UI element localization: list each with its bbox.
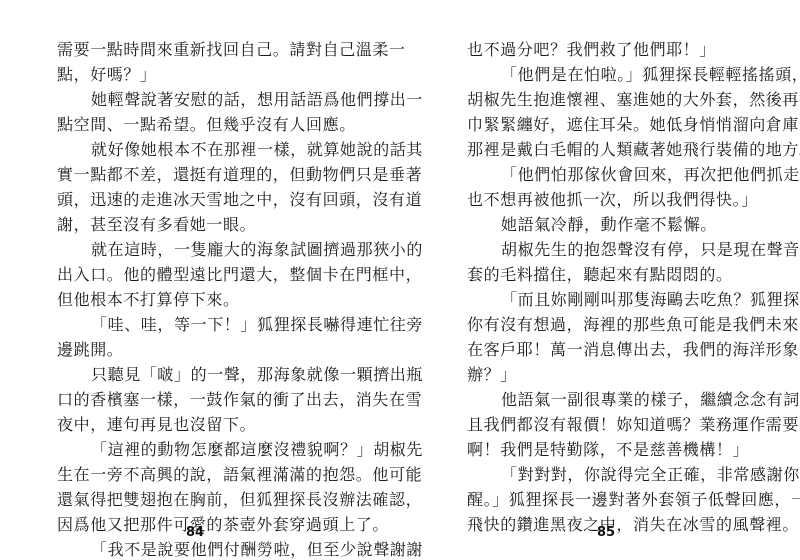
text-line: 「而且妳剛剛叫那隻海鷗去吃魚？狐狸探長！ bbox=[467, 287, 743, 312]
text-line: 就在這時，一隻龐大的海象試圖擠過那狹小的 bbox=[57, 237, 333, 262]
text-line: 辦？」 bbox=[467, 362, 743, 387]
text-line: 啊！我們是特勤隊，不是慈善機構！」 bbox=[467, 437, 743, 462]
right-page-text: 也不過分吧？我們救了他們耶！」「他們是在怕啦。」狐狸探長輕輕搖搖頭，把胡椒先生抱… bbox=[467, 37, 743, 537]
right-page-number: 85 bbox=[597, 525, 615, 540]
text-line: 胡椒先生抱進懷裡、塞進她的大外套，然後再把圍 bbox=[467, 87, 743, 112]
text-line: 他語氣一副很專業的樣子，繼續念念有詞：「而 bbox=[467, 387, 743, 412]
text-line: 夜中，連句再見也沒留下。 bbox=[57, 412, 333, 437]
text-line: 還氣得把雙翅抱在胸前，但狐狸探長沒辦法確認， bbox=[57, 487, 333, 512]
text-line: 生在一旁不高興的說，語氣裡滿滿的抱怨。他可能 bbox=[57, 462, 333, 487]
text-line: 你有沒有想過，海裡的那些魚可能是我們未來的潛 bbox=[467, 312, 743, 337]
text-line: 邊跳開。 bbox=[57, 337, 333, 362]
text-line: 謝，甚至沒有多看她一眼。 bbox=[57, 212, 333, 237]
text-line: 且我們都沒有報價！妳知道嗎？業務運作需要收費 bbox=[467, 412, 743, 437]
text-line: 口的香檳塞一樣，一鼓作氣的衝了出去，消失在雪 bbox=[57, 387, 333, 412]
text-line: 套的毛料擋住，聽起來有點悶悶的。 bbox=[467, 262, 743, 287]
text-line: 那裡是戴白毛帽的人類藏著她飛行裝備的地方。 bbox=[467, 137, 743, 162]
text-line: 胡椒先生的抱怨聲沒有停，只是現在聲音被外 bbox=[467, 237, 743, 262]
text-line: 出入口。他的體型遠比門還大，整個卡在門框中， bbox=[57, 262, 333, 287]
text-line: 需要一點時間來重新找回自己。請對自己溫柔一 bbox=[57, 37, 333, 62]
text-line: 在客戶耶！萬一消息傳出去，我們的海洋形象怎麼 bbox=[467, 337, 743, 362]
left-page-text: 需要一點時間來重新找回自己。請對自己溫柔一點，好嗎？」她輕聲說著安慰的話，想用話… bbox=[57, 37, 333, 560]
text-line: 「我不是說要他們付酬勞啦，但至少說聲謝謝 bbox=[57, 537, 333, 560]
text-line: 就好像她根本不在那裡一樣，就算她說的話其 bbox=[57, 137, 333, 162]
left-page-number: 84 bbox=[186, 525, 204, 540]
text-line: 但他根本不打算停下來。 bbox=[57, 287, 333, 312]
text-line: 巾緊緊纏好，遮住耳朵。她低身悄悄溜向倉庫一角， bbox=[467, 112, 743, 137]
text-line: 「他們怕那傢伙會回來，再次把他們抓走。我 bbox=[467, 162, 743, 187]
text-line: 醒。」狐狸探長一邊對著外套領子低聲回應，一邊 bbox=[467, 487, 743, 512]
text-line: 「對對對，你說得完全正確，非常感謝你的提 bbox=[467, 462, 743, 487]
text-line: 她輕聲說著安慰的話，想用話語爲他們撐出一 bbox=[57, 87, 333, 112]
text-line: 也不想再被他抓一次，所以我們得快。」 bbox=[467, 187, 743, 212]
text-line: 「這裡的動物怎麼都這麼沒禮貌啊？」胡椒先 bbox=[57, 437, 333, 462]
text-line: 也不過分吧？我們救了他們耶！」 bbox=[467, 37, 743, 62]
text-line: 實一點都不差，還挺有道理的，但動物們只是垂著 bbox=[57, 162, 333, 187]
text-line: 只聽見「啵」的一聲，那海象就像一顆擠出瓶 bbox=[57, 362, 333, 387]
text-line: 「他們是在怕啦。」狐狸探長輕輕搖搖頭，把 bbox=[467, 62, 743, 87]
text-line: 頭，迅速的走進冰天雪地之中，沒有回頭，沒有道 bbox=[57, 187, 333, 212]
text-line: 點空間、一點希望。但幾乎沒有人回應。 bbox=[57, 112, 333, 137]
text-line: 「哇、哇，等一下！」狐狸探長嚇得連忙往旁 bbox=[57, 312, 333, 337]
text-line: 她語氣冷靜，動作毫不鬆懈。 bbox=[467, 212, 743, 237]
text-line: 點，好嗎？」 bbox=[57, 62, 333, 87]
